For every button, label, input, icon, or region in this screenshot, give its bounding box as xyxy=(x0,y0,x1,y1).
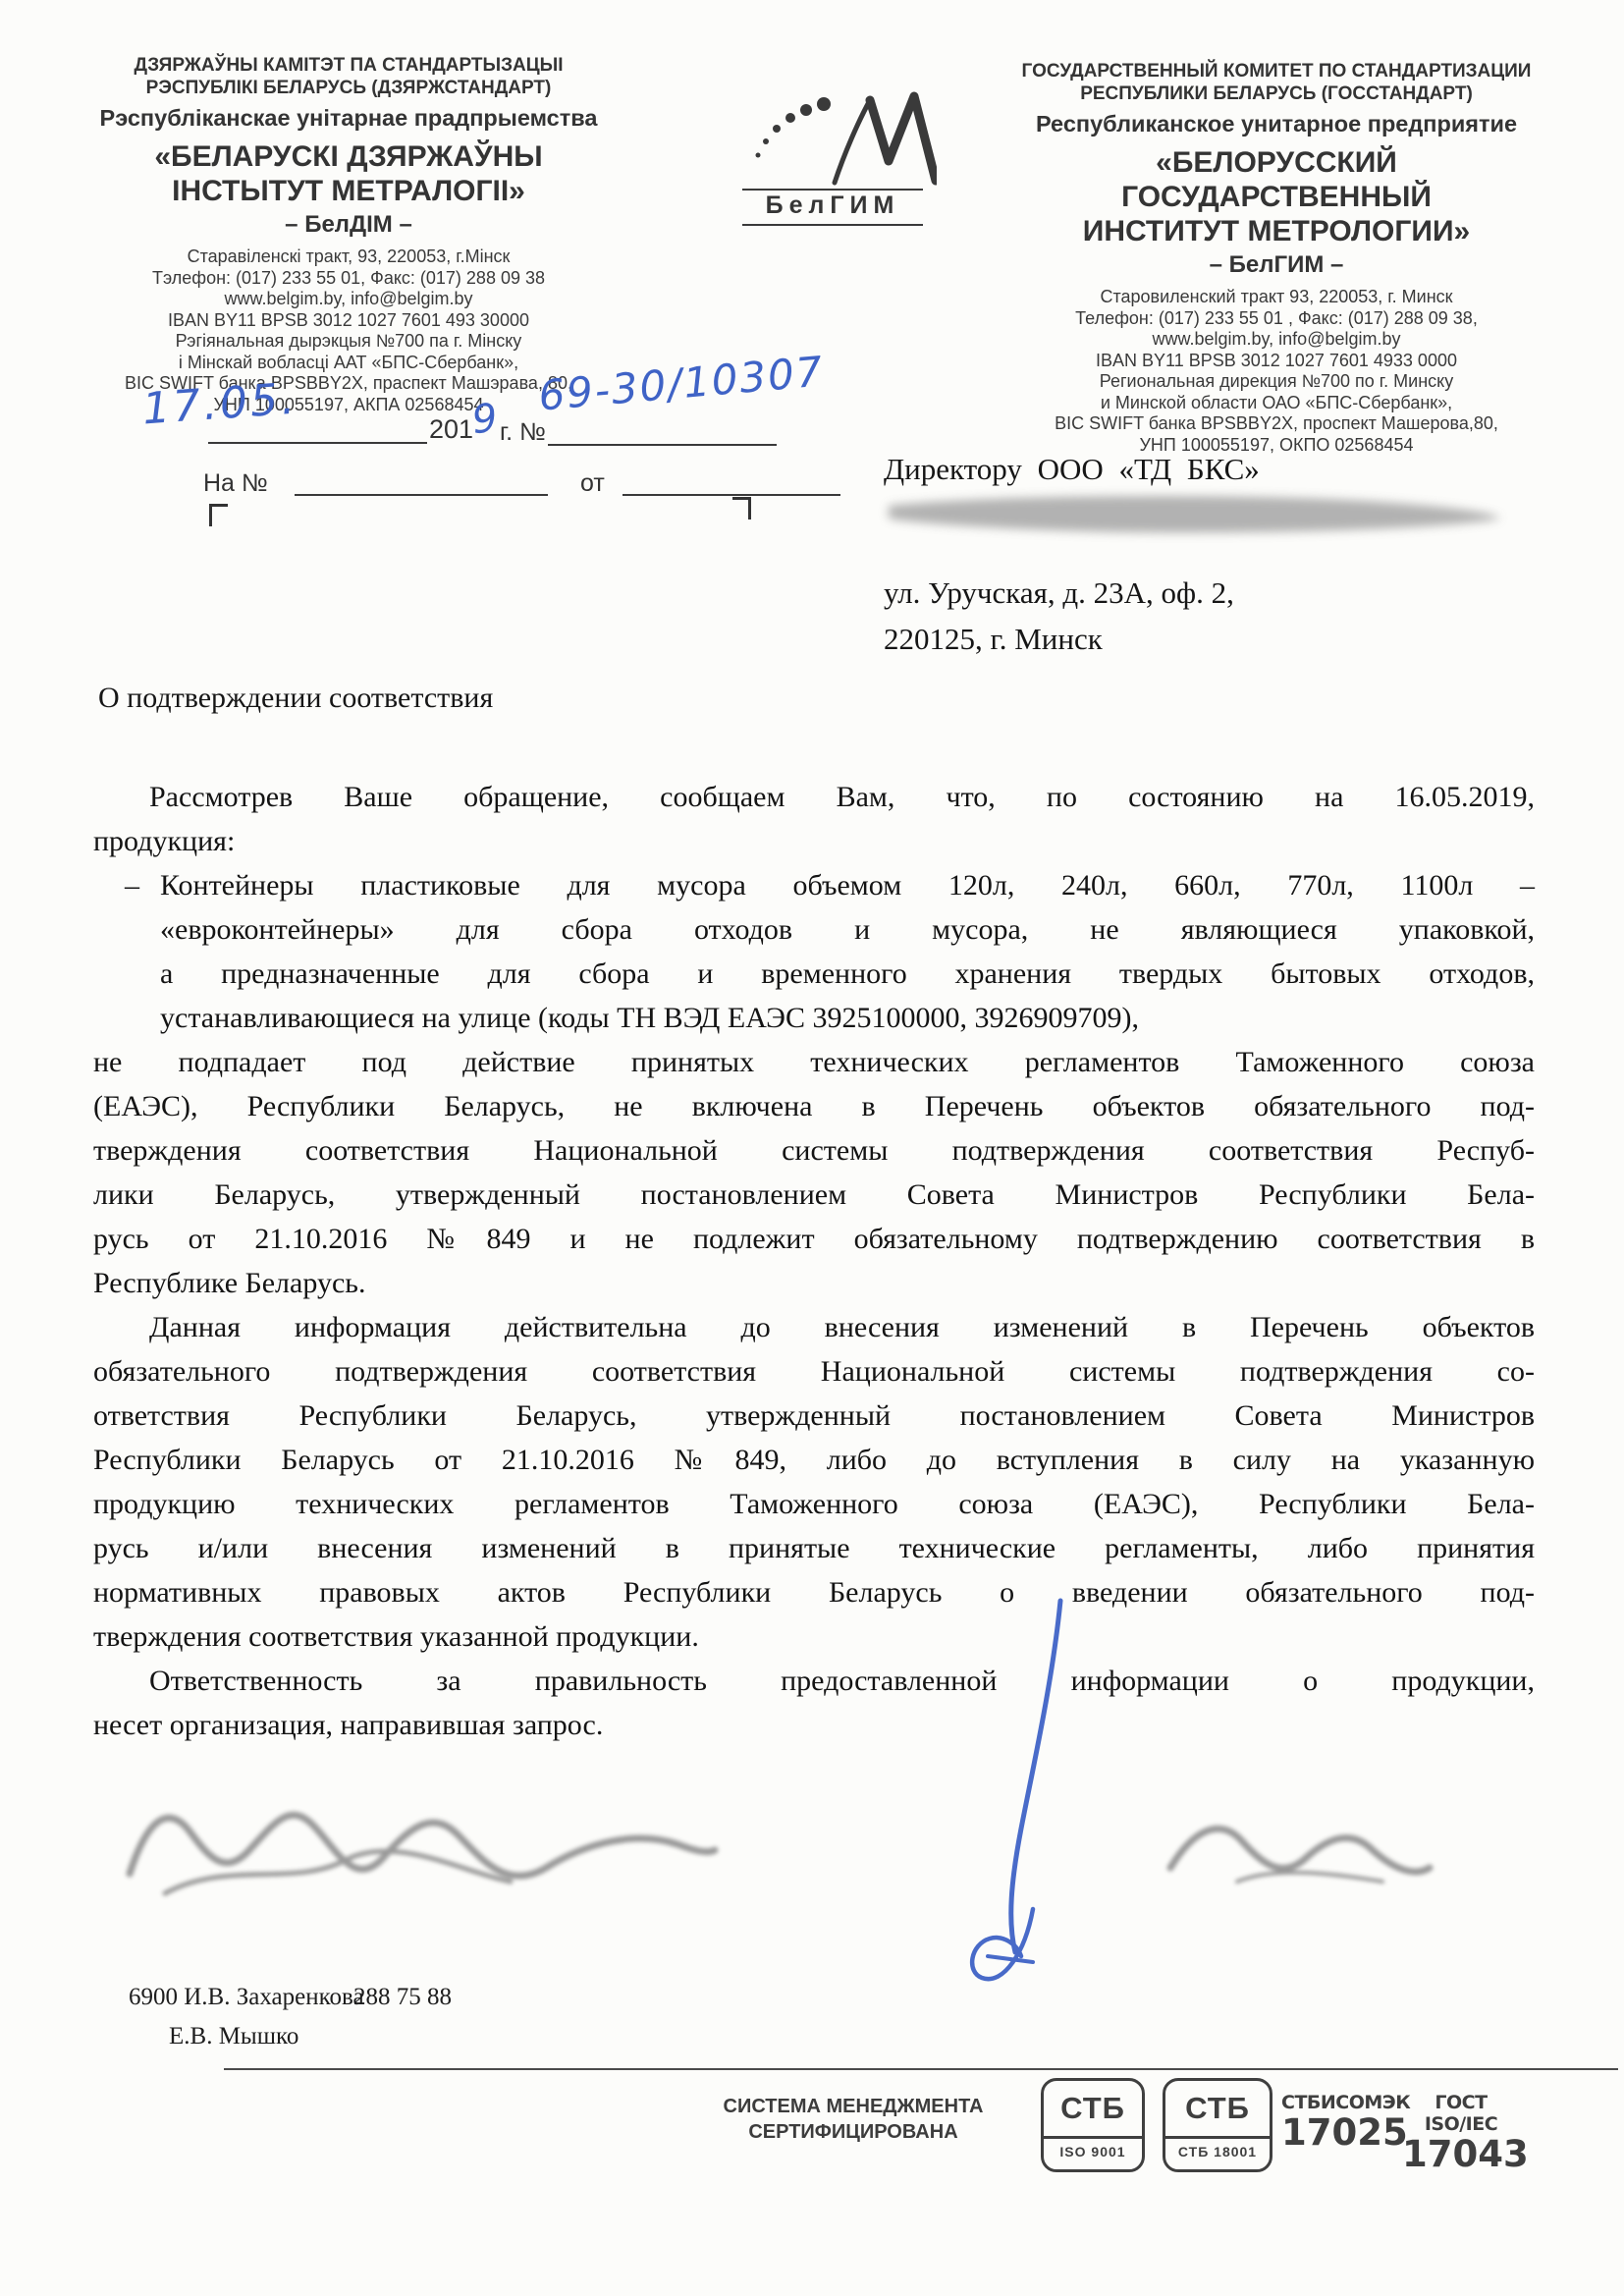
address-line: и Минской области ОАО «БПС-Сбербанк», xyxy=(1000,393,1553,414)
address-line: Региональная дирекция №700 по г. Минску xyxy=(1000,371,1553,393)
ref-number-underline xyxy=(548,444,777,446)
stamp-label: ISO 9001 xyxy=(1044,2136,1142,2164)
body-line: устанавливающиеся на улице (коды ТН ВЭД … xyxy=(93,996,1535,1040)
address-line: Тэлефон: (017) 233 55 01, Факс: (017) 28… xyxy=(93,268,604,290)
body-line: тверждения соответствия Национальной сис… xyxy=(93,1128,1535,1173)
address-line: www.belgim.by, info@belgim.by xyxy=(1000,329,1553,351)
footer-executor-name: 6900 И.В. Захаренкова xyxy=(129,1984,364,2011)
reply-from-underline xyxy=(623,494,840,496)
footer-executor-name2: Е.В. Мышко xyxy=(169,2023,298,2050)
body-line: тверждения соответствия указанной продук… xyxy=(93,1614,1535,1659)
corner-mark-left xyxy=(209,504,228,526)
belgim-logo-text: БелГИМ xyxy=(742,189,923,226)
cert-system-line: СЕРТИФИЦИРОВАНА xyxy=(715,2119,992,2145)
body-line: не подпадает под действие принятых техни… xyxy=(93,1040,1535,1084)
body-line: продукция: xyxy=(93,819,1535,863)
body-line: Республике Беларусь. xyxy=(93,1261,1535,1305)
body-line: а предназначенные для сбора и временного… xyxy=(93,952,1535,996)
ref-number-label: г. № xyxy=(500,418,546,447)
enterprise-line: Рэспубліканскае унітарнае прадпрыемства xyxy=(93,105,604,132)
letter-body: Рассмотрев Ваше обращение, сообщаем Вам,… xyxy=(93,775,1535,1747)
institute-name: «БЕЛАРУСКІ ДЗЯРЖАЎНЫ xyxy=(93,139,604,174)
reply-number-underline xyxy=(295,494,548,496)
body-line: –Контейнеры пластиковые для мусора объем… xyxy=(93,863,1535,907)
address-line: IBAN BY11 BPSB 3012 1027 7601 4933 0000 xyxy=(1000,351,1553,372)
stb-monogram-icon: СТБ xyxy=(1044,2081,1142,2136)
body-line: продукцию технических регламентов Таможе… xyxy=(93,1482,1535,1526)
cert-code-17043: ГОСТ ISO/IEC 17043 xyxy=(1402,2092,1520,2174)
document-page: ДЗЯРЖАЎНЫ КАМІТЭТ ПА СТАНДАРТЫЗАЦЫІ РЭСП… xyxy=(0,0,1624,2296)
institute-name: ІНСТЫТУТ МЕТРАЛОГІІ» xyxy=(93,174,604,208)
letterhead-right: ГОСУДАРСТВЕННЫЙ КОМИТЕТ ПО СТАНДАРТИЗАЦИ… xyxy=(1000,61,1553,456)
org-line: ГОСУДАРСТВЕННЫЙ КОМИТЕТ ПО СТАНДАРТИЗАЦИ… xyxy=(1000,61,1553,83)
address-block: Старовиленский тракт 93, 220053, г. Минс… xyxy=(1000,287,1553,456)
body-line: нормативных правовых актов Республики Бе… xyxy=(93,1570,1535,1614)
corner-mark-right xyxy=(732,497,751,519)
stb-stamp-stb18001: СТБ СТБ 18001 xyxy=(1163,2078,1272,2172)
stamp-label: СТБ 18001 xyxy=(1165,2136,1270,2164)
footer-executor-phone: 288 75 88 xyxy=(353,1984,452,2011)
cert-code-title: ГОСТ ISO/IEC xyxy=(1402,2092,1520,2135)
address-line: BIC SWIFT банка BPSBBY2X, проспект Машер… xyxy=(1000,413,1553,435)
institute-name: «БЕЛОРУССКИЙ ГОСУДАРСТВЕННЫЙ xyxy=(1000,145,1553,214)
subject-line: О подтверждении соответствия xyxy=(98,682,493,715)
body-line: ответствия Республики Беларусь, утвержде… xyxy=(93,1394,1535,1438)
body-line: Данная информация действительна до внесе… xyxy=(93,1305,1535,1349)
org-line: ДЗЯРЖАЎНЫ КАМІТЭТ ПА СТАНДАРТЫЗАЦЫІ xyxy=(93,55,604,78)
recipient-title: Директору ООО «ТД БКС» xyxy=(884,452,1260,487)
address-line: Телефон: (017) 233 55 01 , Факс: (017) 2… xyxy=(1000,308,1553,330)
belgim-logo: БелГИМ xyxy=(729,77,937,226)
address-line: www.belgim.by, info@belgim.by xyxy=(93,289,604,310)
cert-system-line: СИСТЕМА МЕНЕДЖМЕНТА xyxy=(715,2094,992,2119)
cert-code-title: СТБИСОМЭК xyxy=(1281,2092,1391,2113)
body-line: «евроконтейнеры» для сбора отходов и мус… xyxy=(93,907,1535,952)
bullet-text: Контейнеры пластиковые для мусора объемо… xyxy=(160,869,1535,902)
body-line: Ответственность за правильность предоста… xyxy=(93,1659,1535,1703)
body-line: русь от 21.10.2016 №849 и не подлежит об… xyxy=(93,1217,1535,1261)
recipient-redaction xyxy=(889,496,1500,532)
body-line: обязательного подтверждения соответствия… xyxy=(93,1349,1535,1394)
letterhead-left: ДЗЯРЖАЎНЫ КАМІТЭТ ПА СТАНДАРТЫЗАЦЫІ РЭСП… xyxy=(93,55,604,415)
cert-code-17025: СТБИСОМЭК 17025 xyxy=(1281,2092,1391,2153)
enterprise-line: Республиканское унитарное предприятие xyxy=(1000,111,1553,137)
body-line: русь и/или внесения изменений в принятые… xyxy=(93,1526,1535,1570)
ref-year-printed: 201 xyxy=(429,414,473,445)
recipient-address-line: ул. Уручская, д. 23А, оф. 2, xyxy=(884,570,1234,616)
address-line: IBAN BY11 BPSB 3012 1027 7601 493 30000 xyxy=(93,310,604,332)
body-line: Рассмотрев Ваше обращение, сообщаем Вам,… xyxy=(93,775,1535,819)
body-line: (ЕАЭС), Республики Беларусь, не включена… xyxy=(93,1084,1535,1128)
stb-stamp-iso9001: СТБ ISO 9001 xyxy=(1041,2078,1145,2172)
bullet-dash: – xyxy=(125,863,139,907)
ref-year-handwritten: 9 xyxy=(470,396,500,443)
ref-date-underline xyxy=(208,442,427,444)
org-line: РЭСПУБЛІКІ БЕЛАРУСЬ (ДЗЯРЖСТАНДАРТ) xyxy=(93,78,604,100)
reply-from-label: от xyxy=(580,469,605,498)
cert-system-text: СИСТЕМА МЕНЕДЖМЕНТА СЕРТИФИЦИРОВАНА xyxy=(715,2094,992,2145)
body-line: Республики Беларусь от 21.10.2016 №849, … xyxy=(93,1438,1535,1482)
cert-code-number: 17025 xyxy=(1281,2113,1391,2153)
signature-right xyxy=(1170,1829,1430,1882)
recipient-address-line: 220125, г. Минск xyxy=(884,616,1234,662)
org-line: РЕСПУБЛИКИ БЕЛАРУСЬ (ГОССТАНДАРТ) xyxy=(1000,83,1553,106)
address-line: і Мінскай вобласці ААТ «БПС-Сбербанк», xyxy=(93,353,604,374)
stb-monogram-icon: СТБ xyxy=(1165,2081,1270,2136)
ref-date-handwritten: 17.05. xyxy=(140,374,298,435)
reply-number-label: На № xyxy=(203,469,268,498)
address-line: Рэгіянальная дырэкцыя №700 па г. Мінску xyxy=(93,331,604,353)
body-line: несет организация, направившая запрос. xyxy=(93,1703,1535,1747)
body-line: лики Беларусь, утвержденный постановлени… xyxy=(93,1173,1535,1217)
institute-abbr: – БелГИМ – xyxy=(1000,251,1553,279)
recipient-address: ул. Уручская, д. 23А, оф. 2, 220125, г. … xyxy=(884,570,1234,662)
address-line: Старавіленскі тракт, 93, 220053, г.Мінск xyxy=(93,246,604,268)
institute-abbr: – БелДІМ – xyxy=(93,211,604,239)
address-line: Старовиленский тракт 93, 220053, г. Минс… xyxy=(1000,287,1553,308)
footer-separator xyxy=(224,2068,1618,2070)
belgim-logo-icon xyxy=(729,77,937,187)
institute-name: ИНСТИТУТ МЕТРОЛОГИИ» xyxy=(1000,214,1553,248)
cert-code-number: 17043 xyxy=(1402,2135,1520,2174)
signature-left xyxy=(130,1815,715,1893)
